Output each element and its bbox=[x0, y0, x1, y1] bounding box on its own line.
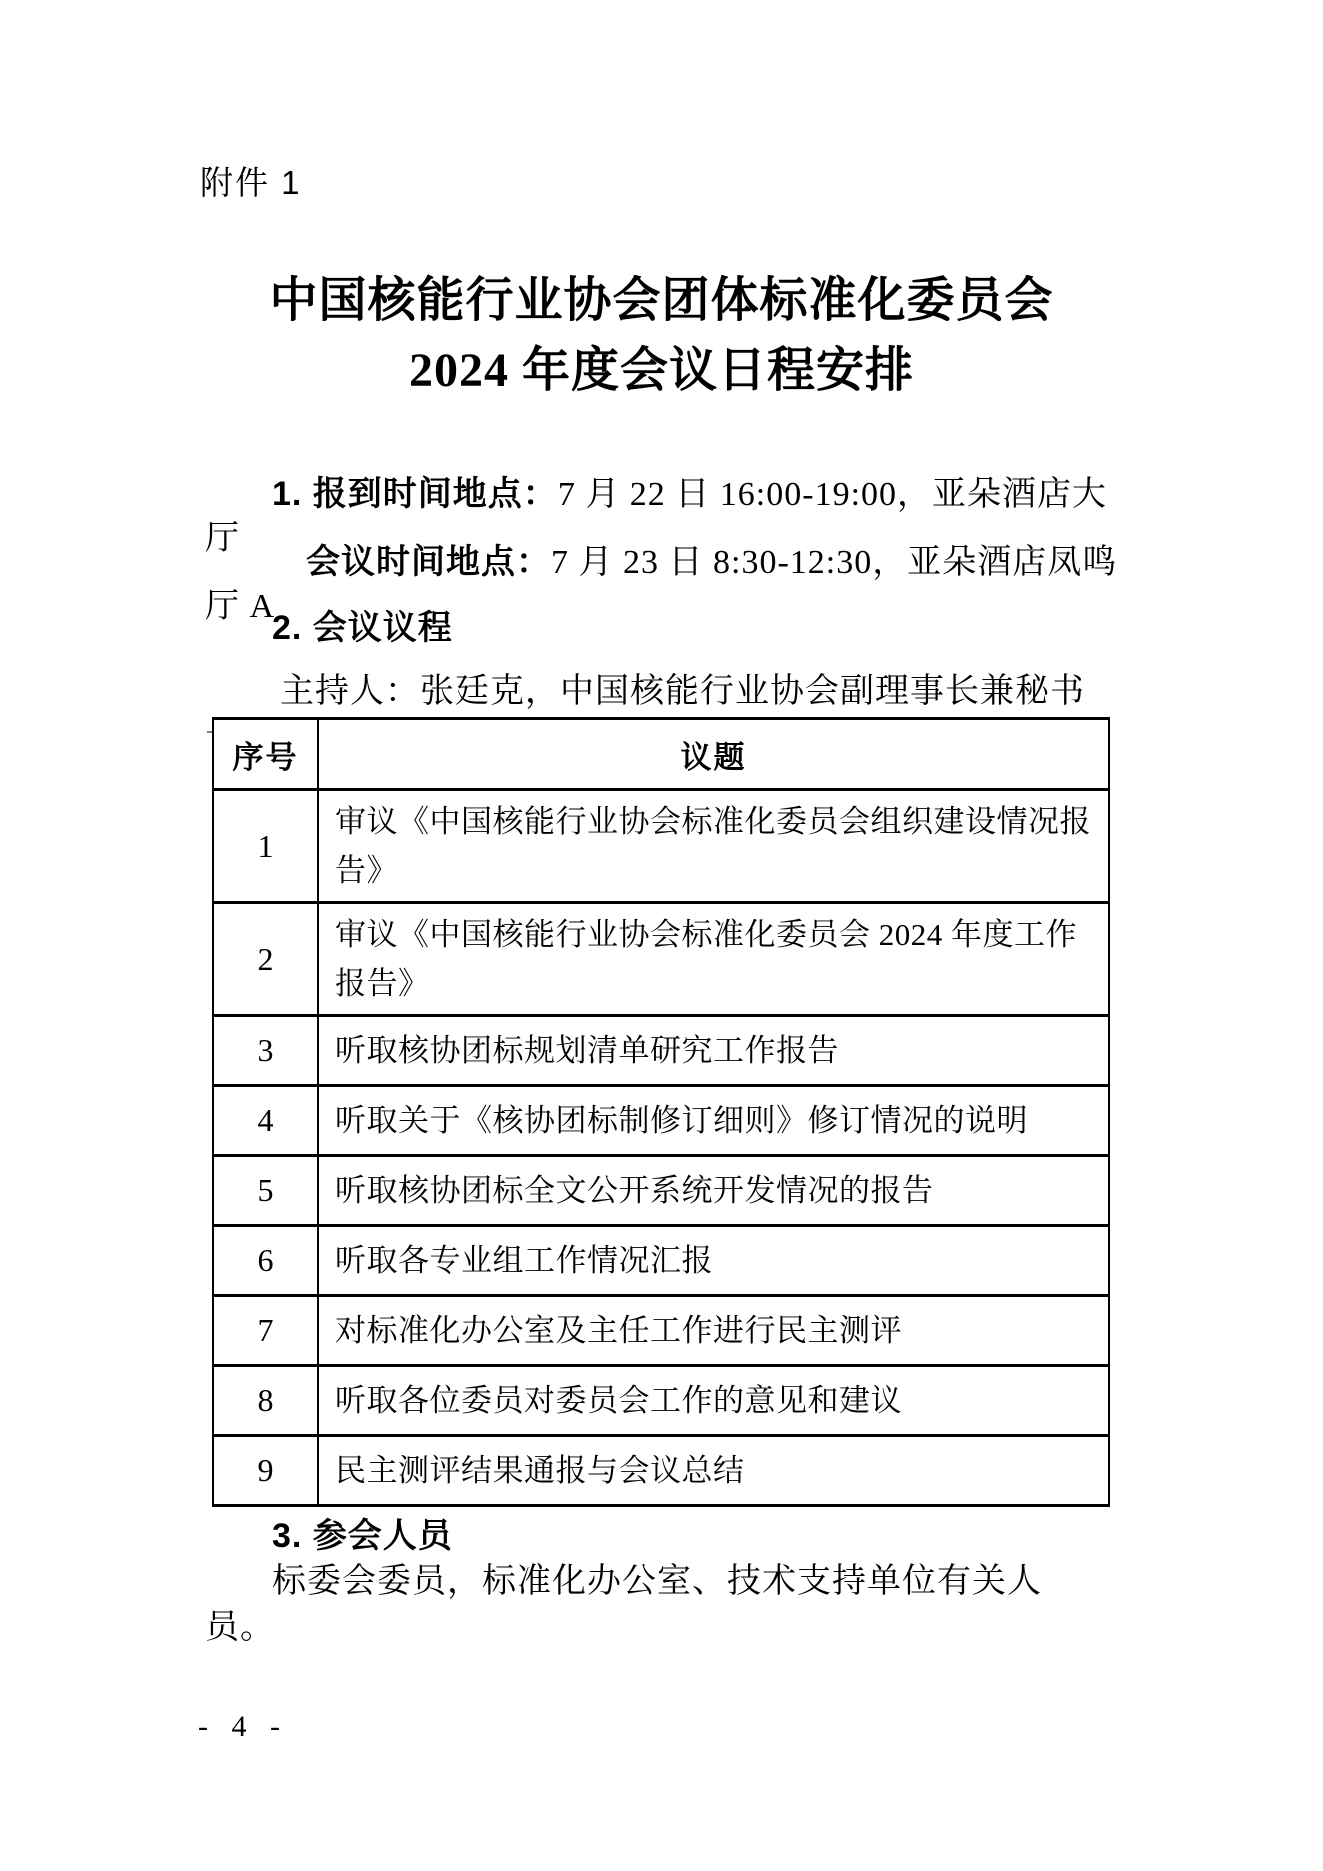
agenda-row-topic: 听取核协团标全文公开系统开发情况的报告 bbox=[318, 1156, 1109, 1226]
meeting-label: 会议时间地点： bbox=[306, 543, 551, 581]
table-row: 6 听取各专业组工作情况汇报 bbox=[213, 1226, 1109, 1296]
attachment-label: 附件 1 bbox=[200, 164, 302, 202]
attendees-text-line1: 标委会委员，标准化办公室、技术支持单位有关人 bbox=[205, 1560, 1118, 1604]
agenda-row-topic: 听取各专业组工作情况汇报 bbox=[318, 1226, 1109, 1296]
table-row: 5 听取核协团标全文公开系统开发情况的报告 bbox=[213, 1156, 1109, 1226]
attendees-text-line2: 员。 bbox=[205, 1606, 1118, 1650]
agenda-row-topic: 民主测评结果通报与会议总结 bbox=[318, 1436, 1109, 1506]
agenda-row-no: 1 bbox=[213, 790, 318, 903]
agenda-row-no: 8 bbox=[213, 1366, 318, 1436]
agenda-row-no: 6 bbox=[213, 1226, 318, 1296]
document-page: { "document": { "attachment_label": "附件 … bbox=[0, 0, 1323, 1871]
registration-label: 1. 报到时间地点： bbox=[272, 475, 558, 513]
page-number: - 4 - bbox=[198, 1710, 288, 1744]
table-row: 1 审议《中国核能行业协会标准化委员会组织建设情况报告》 bbox=[213, 790, 1109, 903]
table-row: 4 听取关于《核协团标制修订细则》修订情况的说明 bbox=[213, 1086, 1109, 1156]
agenda-row-topic: 对标准化办公室及主任工作进行民主测评 bbox=[318, 1296, 1109, 1366]
table-row: 9 民主测评结果通报与会议总结 bbox=[213, 1436, 1109, 1506]
attendees-section-heading: 3. 参会人员 bbox=[205, 1514, 1118, 1558]
agenda-row-no: 3 bbox=[213, 1016, 318, 1086]
table-row: 3 听取核协团标规划清单研究工作报告 bbox=[213, 1016, 1109, 1086]
table-row: 8 听取各位委员对委员会工作的意见和建议 bbox=[213, 1366, 1109, 1436]
agenda-row-topic: 听取各位委员对委员会工作的意见和建议 bbox=[318, 1366, 1109, 1436]
agenda-row-no: 9 bbox=[213, 1436, 318, 1506]
agenda-row-no: 7 bbox=[213, 1296, 318, 1366]
agenda-header-no: 序号 bbox=[213, 719, 318, 790]
table-row: 7 对标准化办公室及主任工作进行民主测评 bbox=[213, 1296, 1109, 1366]
table-row: 2 审议《中国核能行业协会标准化委员会 2024 年度工作报告》 bbox=[213, 903, 1109, 1016]
document-title-line1: 中国核能行业协会团体标准化委员会 bbox=[0, 266, 1323, 336]
agenda-row-no: 4 bbox=[213, 1086, 318, 1156]
agenda-row-topic: 审议《中国核能行业协会标准化委员会 2024 年度工作报告》 bbox=[318, 903, 1109, 1016]
agenda-row-topic: 听取核协团标规划清单研究工作报告 bbox=[318, 1016, 1109, 1086]
agenda-table: 序号 议题 1 审议《中国核能行业协会标准化委员会组织建设情况报告》 2 审议《… bbox=[212, 717, 1110, 1507]
agenda-header-row: 序号 议题 bbox=[213, 719, 1109, 790]
agenda-section-heading: 2. 会议议程 bbox=[205, 606, 1118, 650]
agenda-row-no: 5 bbox=[213, 1156, 318, 1226]
agenda-header-topic: 议题 bbox=[318, 719, 1109, 790]
agenda-row-topic: 审议《中国核能行业协会标准化委员会组织建设情况报告》 bbox=[318, 790, 1109, 903]
agenda-row-no: 2 bbox=[213, 903, 318, 1016]
document-title-line2: 2024 年度会议日程安排 bbox=[0, 336, 1323, 406]
agenda-row-topic: 听取关于《核协团标制修订细则》修订情况的说明 bbox=[318, 1086, 1109, 1156]
document-title: 中国核能行业协会团体标准化委员会 2024 年度会议日程安排 bbox=[0, 266, 1323, 406]
